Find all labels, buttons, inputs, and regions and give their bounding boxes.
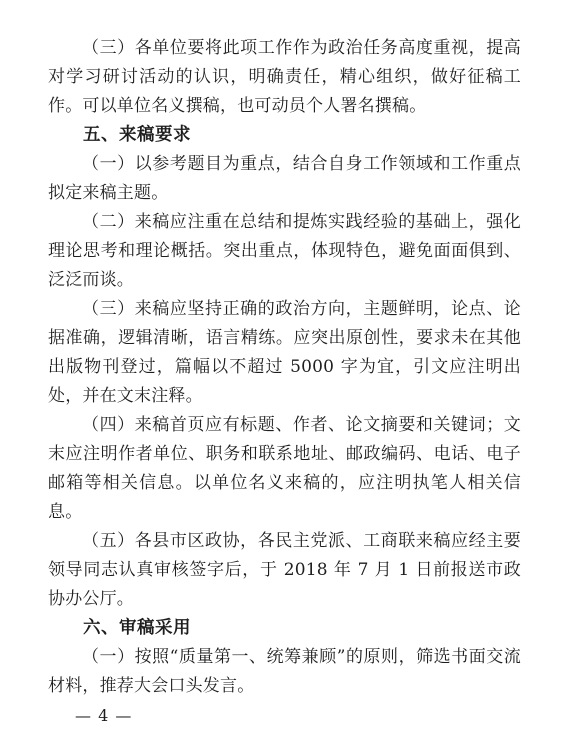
paragraph-section4-item3: （三）各单位要将此项工作作为政治任务高度重视，提高对学习研讨活动的认识，明确责任…: [48, 34, 521, 121]
paragraph-section5-item3: （三）来稿应坚持正确的政治方向，主题鲜明，论点、论据准确，逻辑清晰，语言精练。应…: [48, 295, 521, 411]
page-number: — 4 —: [75, 701, 521, 730]
paragraph-section5-item1: （一）以参考题目为重点，结合自身工作领域和工作重点拟定来稿主题。: [48, 150, 521, 208]
section-heading-6: 六、审稿采用: [48, 614, 521, 643]
document-page: （三）各单位要将此项工作作为政治任务高度重视，提高对学习研讨活动的认识，明确责任…: [0, 0, 561, 739]
paragraph-section5-item5: （五）各县市区政协，各民主党派、工商联来稿应经主要领导同志认真审核签字后，于 2…: [48, 527, 521, 614]
paragraph-section5-item4: （四）来稿首页应有标题、作者、论文摘要和关键词；文末应注明作者单位、职务和联系地…: [48, 411, 521, 527]
paragraph-section5-item2: （二）来稿应注重在总结和提炼实践经验的基础上，强化理论思考和理论概括。突出重点，…: [48, 208, 521, 295]
paragraph-section6-item1: （一）按照“质量第一、统筹兼顾”的原则，筛选书面交流材料，推荐大会口头发言。: [48, 643, 521, 701]
document-body: （三）各单位要将此项工作作为政治任务高度重视，提高对学习研讨活动的认识，明确责任…: [48, 34, 521, 730]
section-heading-5: 五、来稿要求: [48, 121, 521, 150]
